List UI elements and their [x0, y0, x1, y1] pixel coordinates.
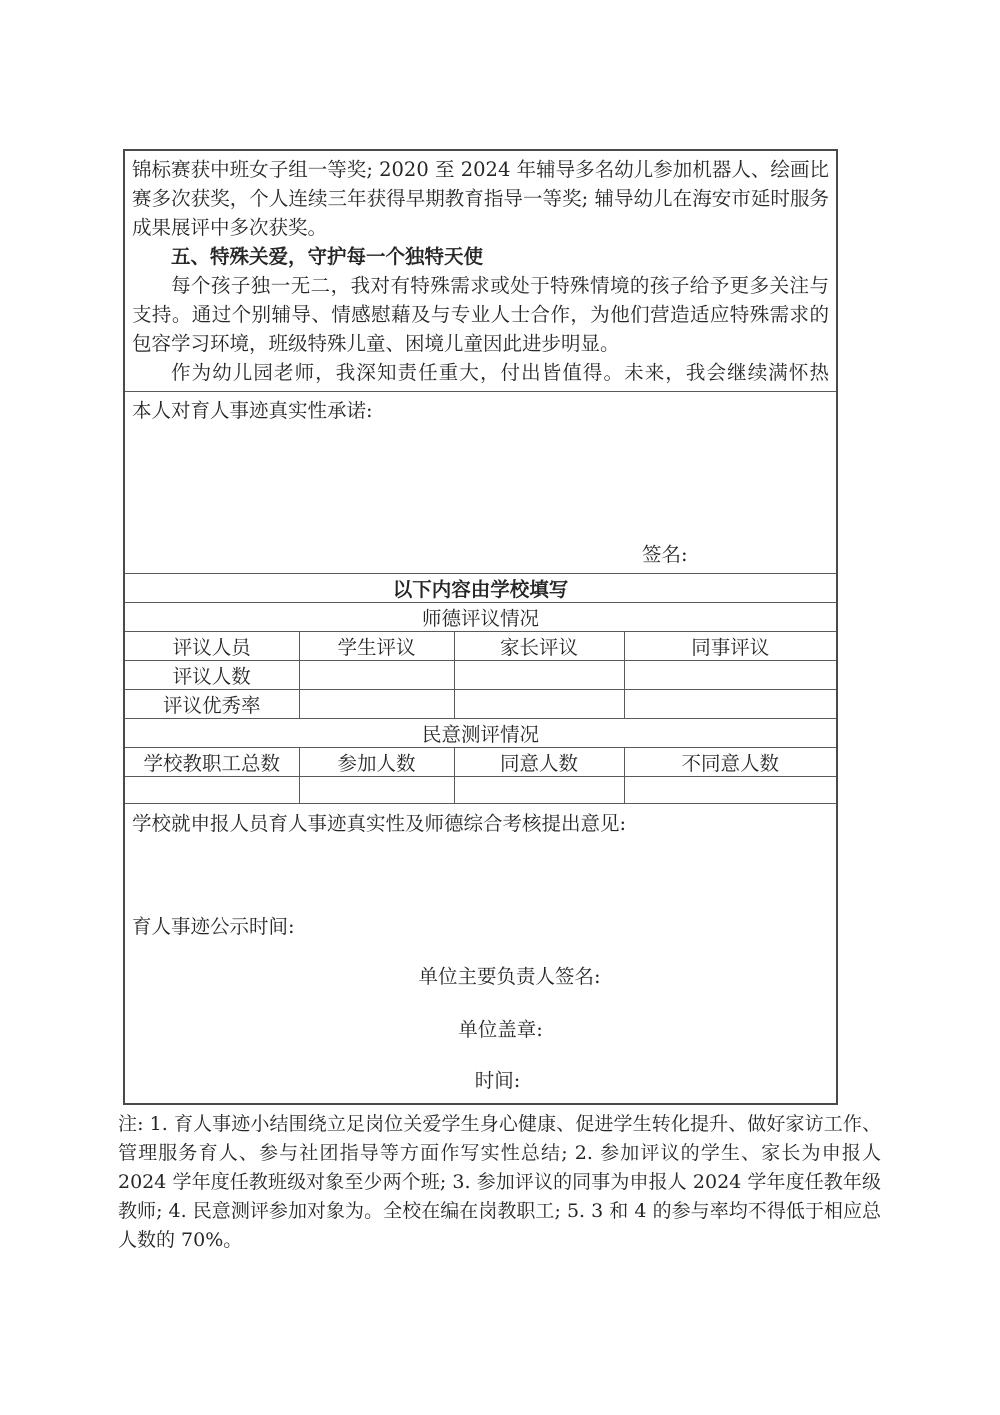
application-form-table: 锦标赛获中班女子组一等奖; 2020 至 2024 年辅导多名幼儿参加机器人、绘…: [123, 149, 838, 1105]
school-evaluation-table: 以下内容由学校填写 师德评议情况 评议人员 学生评议 家长评议 同事评议 评议人…: [125, 574, 836, 804]
unit-seal-label: 单位盖章:: [132, 1018, 829, 1042]
ethics-row-label-count: 评议人数: [125, 661, 299, 690]
ethics-header-parent: 家长评议: [454, 632, 624, 661]
school-opinion-cell: 学校就申报人员育人事迹真实性及师德综合考核提出意见: 育人事迹公示时间: 单位主…: [125, 804, 836, 1115]
ethics-rate-colleague-cell: [624, 690, 836, 719]
school-fill-section-title: 以下内容由学校填写: [125, 574, 836, 603]
ethics-count-student-cell: [299, 661, 454, 690]
deeds-continuation-text: 锦标赛获中班女子组一等奖; 2020 至 2024 年辅导多名幼儿参加机器人、绘…: [132, 155, 829, 242]
deeds-summary-cell: 锦标赛获中班女子组一等奖; 2020 至 2024 年辅导多名幼儿参加机器人、绘…: [125, 151, 836, 392]
document-page: 锦标赛获中班女子组一等奖; 2020 至 2024 年辅导多名幼儿参加机器人、绘…: [0, 0, 1000, 1415]
ethics-rate-student-cell: [299, 690, 454, 719]
ethics-rate-parent-cell: [454, 690, 624, 719]
opinion-poll-title: 民意测评情况: [125, 719, 836, 748]
form-footnote: 注: 1. 育人事迹小结围绕立足岗位关爱学生身心健康、促进学生转化提升、做好家访…: [118, 1110, 881, 1255]
ethics-header-colleague: 同事评议: [624, 632, 836, 661]
poll-total-staff-cell: [125, 777, 299, 804]
deeds-closing-paragraph: 作为幼儿园老师，我深知责任重大，付出皆值得。未来，我会继续满怀热情、不懈努力，守…: [132, 358, 829, 392]
ethics-header-reviewer: 评议人员: [125, 632, 299, 661]
poll-participants-cell: [299, 777, 454, 804]
commitment-label: 本人对育人事迹真实性承诺:: [132, 399, 373, 422]
poll-disagree-cell: [624, 777, 836, 804]
opinion-time-label: 时间:: [132, 1069, 829, 1093]
unit-head-signature-label: 单位主要负责人签名:: [132, 965, 829, 989]
poll-header-participants: 参加人数: [299, 748, 454, 777]
applicant-signature-label: 签名:: [642, 541, 688, 569]
poll-header-disagree: 不同意人数: [624, 748, 836, 777]
poll-agree-cell: [454, 777, 624, 804]
ethics-count-parent-cell: [454, 661, 624, 690]
deeds-section-heading: 五、特殊关爱，守护每一个独特天使: [132, 242, 829, 271]
ethics-review-title: 师德评议情况: [125, 603, 836, 632]
poll-header-agree: 同意人数: [454, 748, 624, 777]
publicity-time-label: 育人事迹公示时间:: [132, 915, 829, 939]
ethics-count-colleague-cell: [624, 661, 836, 690]
ethics-row-label-excellence-rate: 评议优秀率: [125, 690, 299, 719]
poll-header-total-staff: 学校教职工总数: [125, 748, 299, 777]
authenticity-commitment-cell: 本人对育人事迹真实性承诺: 签名:: [125, 392, 836, 574]
school-opinion-label: 学校就申报人员育人事迹真实性及师德综合考核提出意见:: [132, 812, 829, 836]
ethics-header-student: 学生评议: [299, 632, 454, 661]
deeds-care-paragraph: 每个孩子独一无二，我对有特殊需求或处于特殊情境的孩子给予更多关注与支持。通过个别…: [132, 271, 829, 358]
